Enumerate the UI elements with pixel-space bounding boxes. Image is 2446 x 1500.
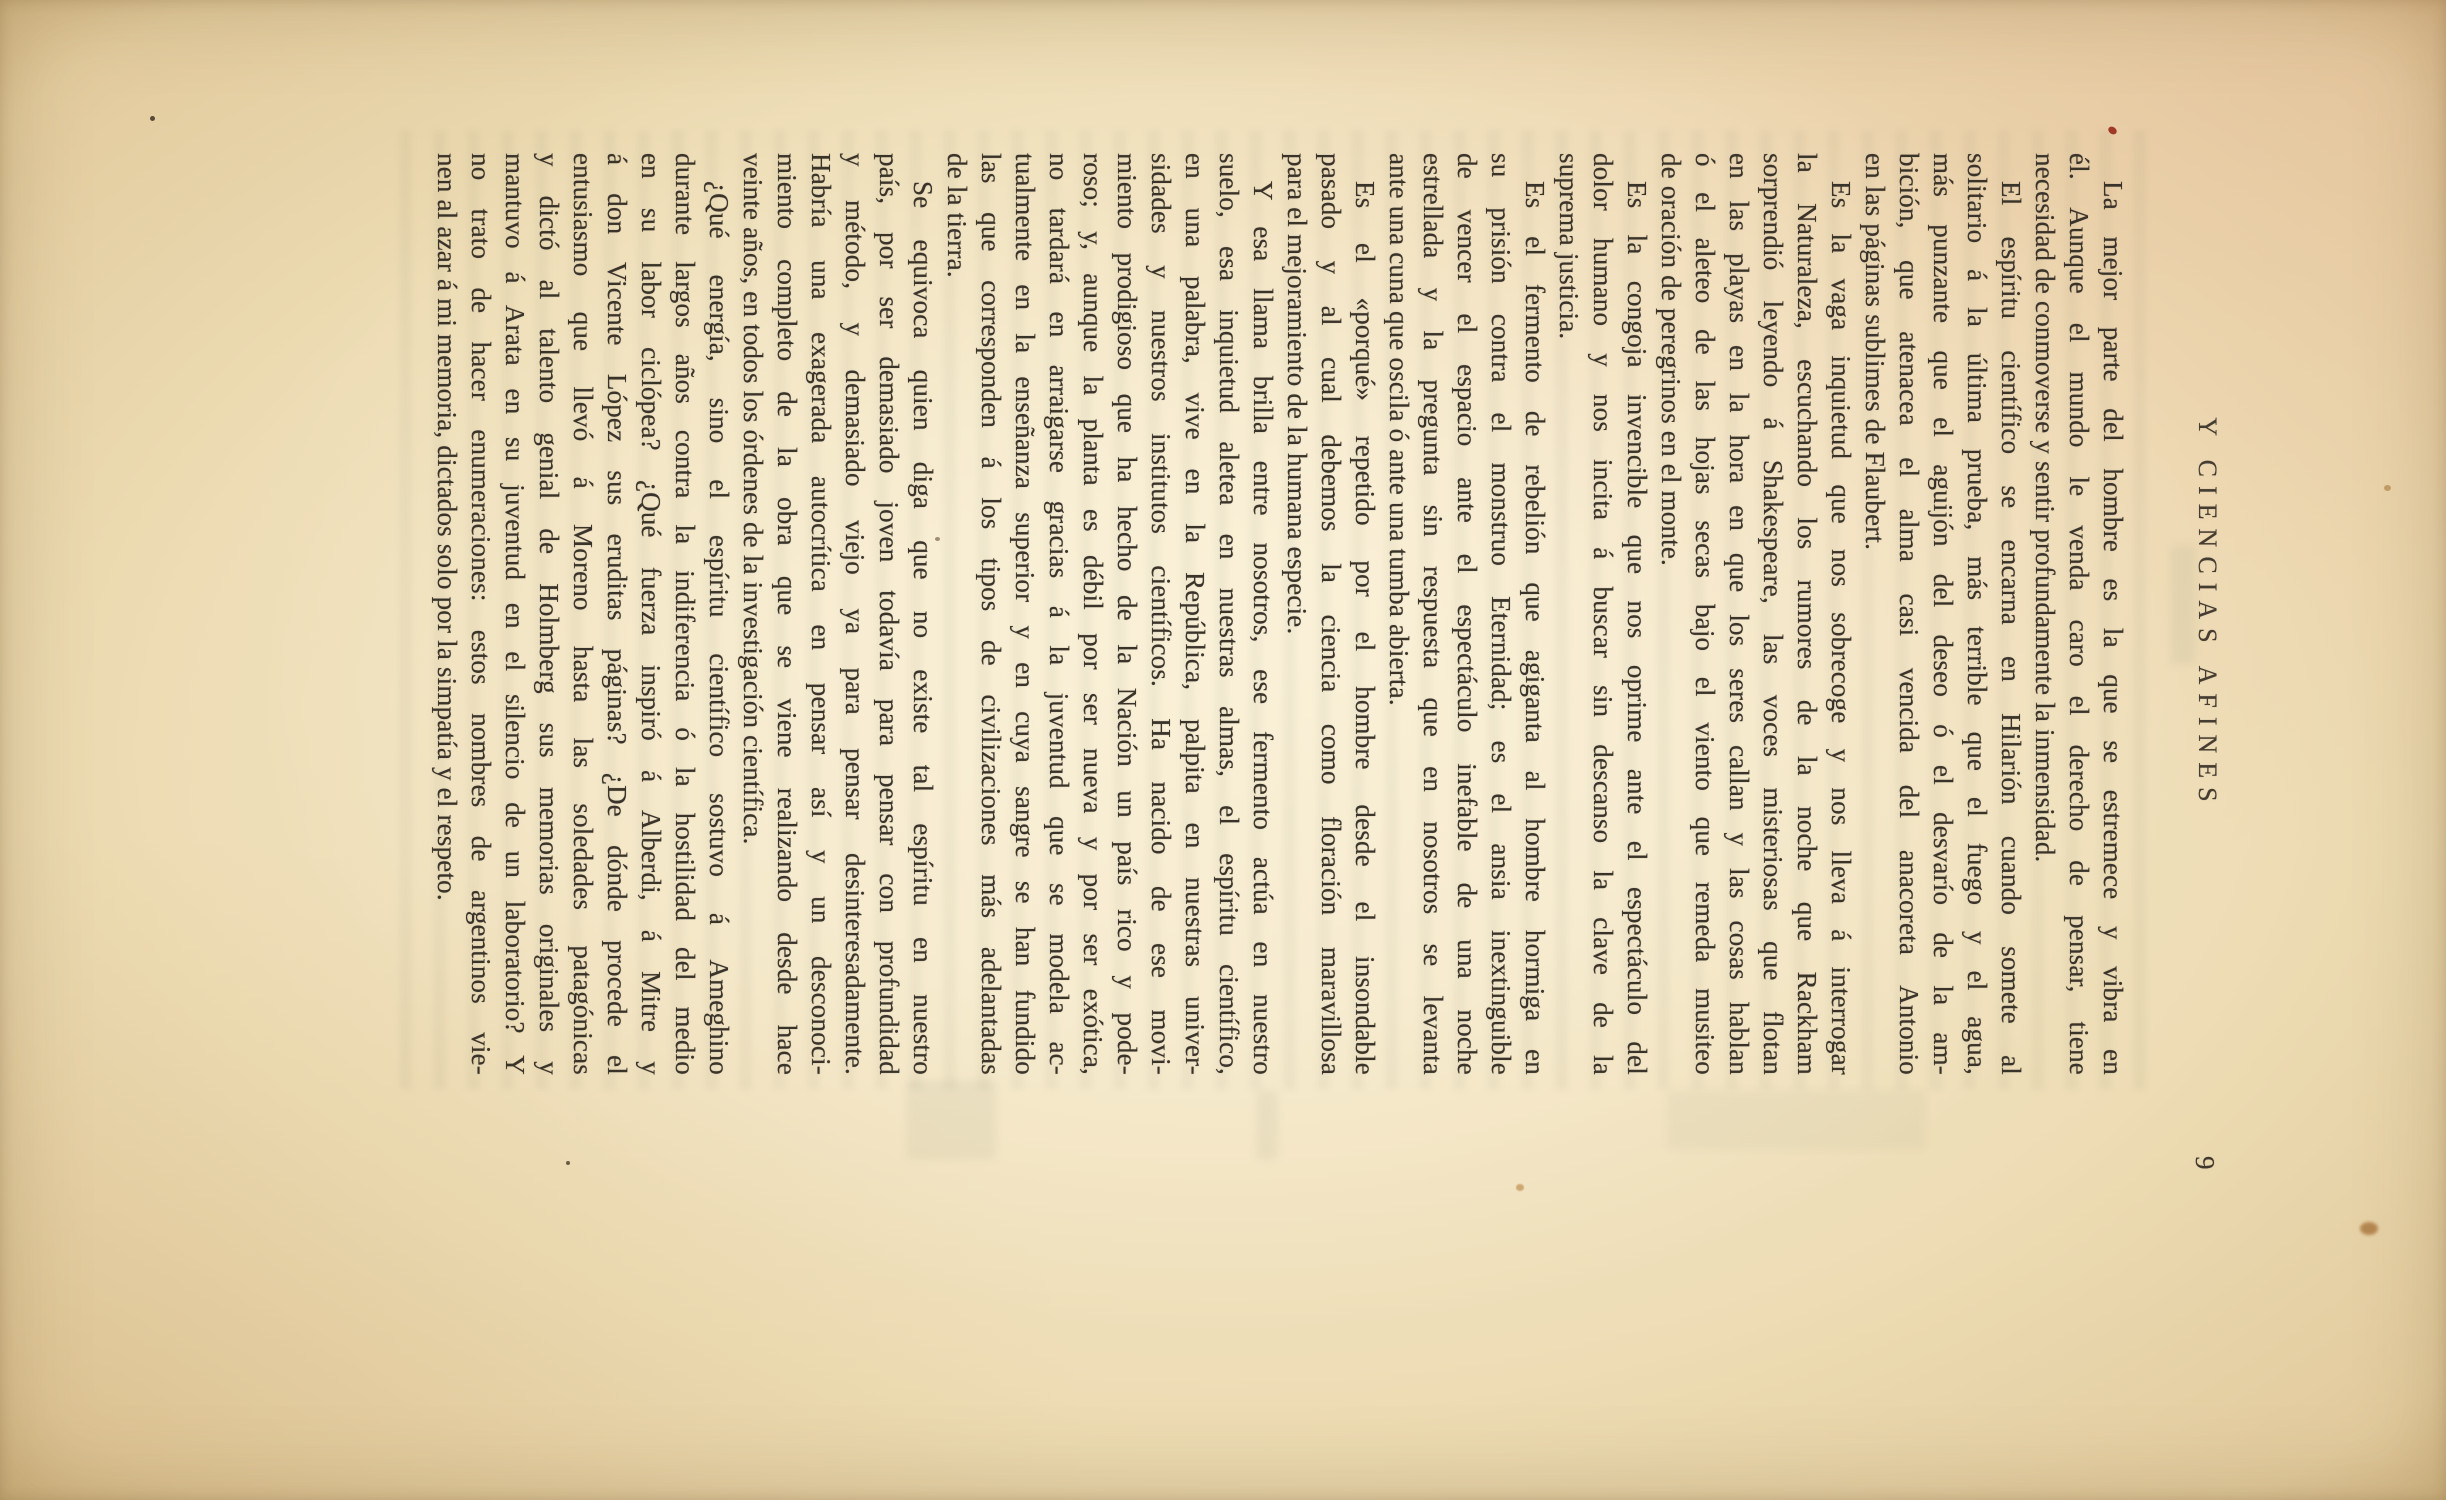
text-line: roso; y, aunque la planta es débil por s… (1076, 153, 1110, 1075)
text-line: Es el fermento de rebelión que agiganta … (1518, 153, 1552, 1075)
text-line: suelo, esa inquietud aletea en nuestras … (1212, 153, 1246, 1075)
text-line: en las playas en la hora en que los sere… (1722, 153, 1756, 1075)
paragraph: Y esa llama brilla entre nosotros, ese f… (940, 153, 1280, 1075)
text-line: él. Aunque el mundo le venda caro el der… (2062, 153, 2096, 1075)
text-line: de la tierra. (940, 153, 974, 1075)
text-line: La mejor parte del hombre es la que se e… (2096, 153, 2130, 1075)
ink-speck (150, 116, 155, 121)
paragraph: El espíritu científico se encarna en Hil… (1858, 153, 2028, 1075)
text-line: ó el aleteo de las hojas secas bajo el v… (1688, 153, 1722, 1075)
text-line: miento completo de la obra que se viene … (770, 153, 804, 1075)
text-line: durante largos años contra la indiferenc… (668, 153, 702, 1075)
paragraph: Es la vaga inquietud que nos sobrecoge y… (1654, 153, 1858, 1075)
text-line: necesidad de conmoverse y sentir profund… (2028, 153, 2062, 1075)
page-number: 9 (2188, 1156, 2222, 1170)
text-line: en su labor ciclópea? ¿Qué fuerza inspir… (634, 153, 668, 1075)
text-line: su prisión contra el monstruo Eternidad;… (1484, 153, 1518, 1075)
text-line: Es la congoja invencible que nos oprime … (1620, 153, 1654, 1075)
show-through-blob (906, 1080, 996, 1160)
text-line: Habría una exagerada autocrítica en pens… (804, 153, 838, 1075)
paragraph: La mejor parte del hombre es la que se e… (2028, 153, 2130, 1075)
text-line: más punzante que el aguijón del deseo ó … (1926, 153, 1960, 1075)
book-page: Y CIENCIAS AFINES 9 La mejor parte del h… (0, 0, 2446, 1500)
ink-speck (566, 1161, 570, 1165)
text-line: entusiasmo que llevó á Moreno hasta las … (566, 153, 600, 1075)
text-line: de vencer el espacio ante el espectáculo… (1450, 153, 1484, 1075)
foxing-stain (2360, 1222, 2378, 1235)
text-line: ¿Qué energía, sino el espíritu científic… (702, 153, 736, 1075)
text-line: dolor humano y nos incita á buscar sin d… (1586, 153, 1620, 1075)
show-through-blob (1666, 1090, 1926, 1150)
text-line: y dictó al talento genial de Holmberg su… (532, 153, 566, 1075)
text-line: mantuvo á Arata en su juventud en el sil… (498, 153, 532, 1075)
text-line: sorprendió leyendo á Shakespeare, las vo… (1756, 153, 1790, 1075)
text-line: estrellada y la pregunta sin respuesta q… (1416, 153, 1450, 1075)
scanned-book-page: Y CIENCIAS AFINES 9 La mejor parte del h… (0, 0, 2446, 1500)
text-line: bición, que atenacea el alma casi vencid… (1892, 153, 1926, 1075)
text-line: en una palabra, vive en la República, pa… (1178, 153, 1212, 1075)
text-line: Se equivoca quien diga que no existe tal… (906, 153, 940, 1075)
ink-speck (935, 537, 940, 541)
text-line: pasado y al cual debemos la ciencia como… (1314, 153, 1348, 1075)
text-line: á don Vicente López sus eruditas páginas… (600, 153, 634, 1075)
text-line: y método, y demasiado viejo ya para pens… (838, 153, 872, 1075)
text-line: nen al azar á mi memoria, dictados solo … (430, 153, 464, 1075)
text-line: tualmente en la enseñanza superior y en … (1008, 153, 1042, 1075)
text-line: ante una cuna que oscila ó ante una tumb… (1382, 153, 1416, 1075)
text-line: miento prodigioso que ha hecho de la Nac… (1110, 153, 1144, 1075)
text-line: sidades y nuestros institutos científico… (1144, 153, 1178, 1075)
text-line: las que corresponden á los tipos de civi… (974, 153, 1008, 1075)
paragraph: Es la congoja invencible que nos oprime … (1552, 153, 1654, 1075)
foxing-stain (1516, 1184, 1524, 1191)
text-line: no tardará en arraigarse gracias á la ju… (1042, 153, 1076, 1075)
running-head-row: Y CIENCIAS AFINES (2190, 153, 2224, 1075)
text-line: solitario á la última prueba, más terrib… (1960, 153, 1994, 1075)
text-line: suprema justicia. (1552, 153, 1586, 1075)
paragraph: Es el fermento de rebelión que agiganta … (1382, 153, 1552, 1075)
text-line: Es el «porqué» repetido por el hombre de… (1348, 153, 1382, 1075)
text-line: país, por ser demasiado joven todavía pa… (872, 153, 906, 1075)
text-line: de oración de peregrinos en el monte. (1654, 153, 1688, 1075)
text-line: Es la vaga inquietud que nos sobrecoge y… (1824, 153, 1858, 1075)
text-line: para el mejoramiento de la humana especi… (1280, 153, 1314, 1075)
body-text: La mejor parte del hombre es la que se e… (430, 153, 2130, 1075)
paragraph: Es el «porqué» repetido por el hombre de… (1280, 153, 1382, 1075)
text-line: no trato de hacer enumeraciones: estos n… (464, 153, 498, 1075)
foxing-stain (2384, 485, 2391, 491)
text-line: la Naturaleza, escuchando los rumores de… (1790, 153, 1824, 1075)
text-line: Y esa llama brilla entre nosotros, ese f… (1246, 153, 1280, 1075)
text-line: en las páginas sublimes de Flaubert. (1858, 153, 1892, 1075)
text-line: veinte años, en todos los órdenes de la … (736, 153, 770, 1075)
paragraph: ¿Qué energía, sino el espíritu científic… (430, 153, 736, 1075)
show-through-blob (1256, 1090, 1278, 1160)
text-line: El espíritu científico se encarna en Hil… (1994, 153, 2028, 1075)
running-head: Y CIENCIAS AFINES (2193, 417, 2222, 810)
paragraph: Se equivoca quien diga que no existe tal… (736, 153, 940, 1075)
